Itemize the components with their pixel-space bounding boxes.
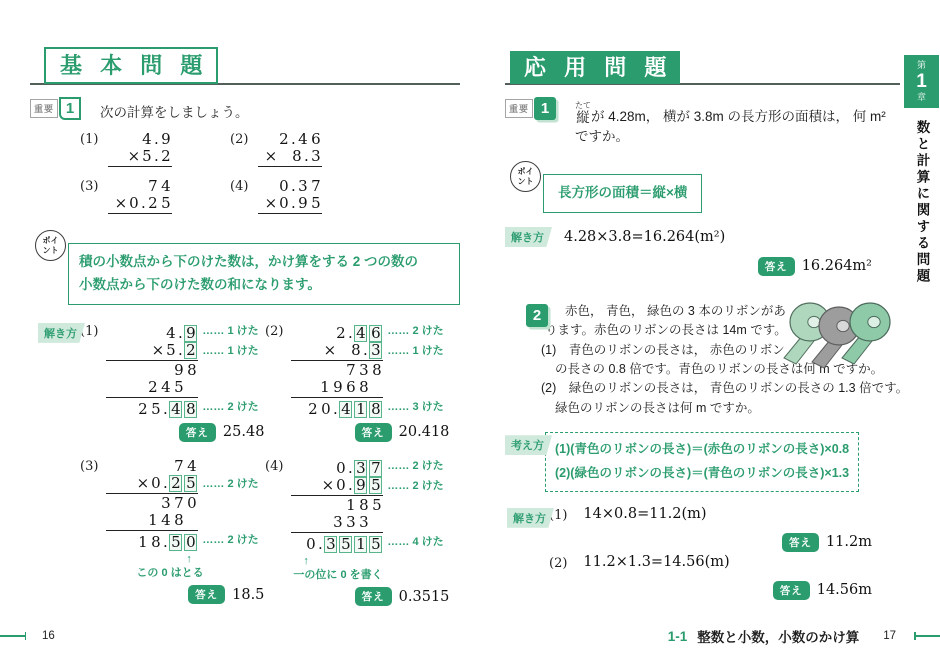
calc-digit: 8 <box>357 379 370 396</box>
importance-badge: 重要 1 <box>505 97 556 120</box>
answer-badge: 答え <box>782 533 819 552</box>
answer-badge: 答え <box>179 423 216 442</box>
calc-digit: 5 <box>169 534 182 551</box>
column-calculation: 2.46…… 2 けた× 8.3…… 1 けた7381968 20.418…… … <box>291 323 449 418</box>
importance-badge: 重要 1 <box>30 97 81 120</box>
section-number: 1-1 <box>668 629 688 644</box>
calc-expression: 333 <box>331 514 383 531</box>
calc-digit: . <box>347 477 353 494</box>
calc-number: 2.46 <box>258 131 322 148</box>
calc-digit: 4 <box>159 512 172 529</box>
calc-digit: 3 <box>324 536 337 553</box>
calc-row: 18.50…… 2 けた <box>106 532 264 551</box>
calc-expression: 4.9 <box>164 325 198 342</box>
thinking-section: 考え方 (1)(青色のリボンの長さ)＝(赤色のリボンの長さ)×0.8(2)(緑色… <box>545 432 900 492</box>
calc-digit <box>370 514 383 531</box>
ribbon-rolls-illustration <box>782 292 904 376</box>
calc-expression: ×0.95 <box>264 195 322 212</box>
calc-digit: 2 <box>277 131 290 148</box>
calc-digit: × <box>151 342 164 359</box>
chapter-tab: 第 1 章 数と計算に関する問題 <box>903 55 940 285</box>
calc-row: 738 <box>291 362 449 379</box>
calc-digit: 3 <box>357 514 370 531</box>
calc-digit: 0 <box>185 495 198 512</box>
calc-row: 148 <box>106 512 264 532</box>
digit-count-note: …… 2 けた <box>387 458 443 477</box>
thinking-line: (2)(緑色のリボンの長さ)＝(青色のリボンの長さ)×1.3 <box>555 462 849 486</box>
calc-digit: 0 <box>319 401 332 418</box>
answer-badge: 答え <box>188 585 225 604</box>
calc-digit: 5 <box>309 195 322 212</box>
calc-number: 74 <box>108 178 172 195</box>
calc-digit: 4 <box>296 131 309 148</box>
calc-digit: . <box>347 460 353 477</box>
calc-digit: . <box>347 325 353 342</box>
calc-digit: 8 <box>149 534 162 551</box>
arrow-annotation: ↑一の位に 0 を書く <box>291 554 449 583</box>
answer-row: 答え25.48 <box>106 423 264 442</box>
calc-digit: 5 <box>369 536 382 553</box>
answer-value: 18.5 <box>232 587 264 603</box>
point-section: ポイント 長方形の面積＝縦×横 <box>543 174 900 213</box>
applied-problems-title: 応 用 問 題 <box>510 51 680 85</box>
calc-digit: . <box>362 342 368 359</box>
calc-expression: 25.48 <box>136 401 198 418</box>
calc-digit: × <box>264 148 277 165</box>
calc-expression: 18.50 <box>136 534 198 551</box>
calc-row: 333 <box>291 514 449 534</box>
solving-badge: 解き方 <box>505 227 552 247</box>
problem-text-line: (2) 緑色のリボンの長さは， 青色のリボンの長さの 1.3 倍です。 <box>541 379 900 398</box>
calc-digit: . <box>162 401 168 418</box>
calc-digit: 1 <box>136 534 149 551</box>
calc-digit <box>336 342 349 359</box>
calc-row: ×0.95 <box>258 195 322 215</box>
worked-solution: (2)2.46…… 2 けた× 8.3…… 1 けた7381968 20.418… <box>265 323 475 442</box>
calc-number: ×0.95 <box>258 195 322 214</box>
point-section: ポイント 積の小数点から下のけた数は，かけ算をする 2 つの数の 小数点から下の… <box>68 243 460 305</box>
calc-digit: × <box>321 477 334 494</box>
calc-digit: 9 <box>296 195 309 212</box>
solution-body: 2.46…… 2 けた× 8.3…… 1 けた7381968 20.418…… … <box>291 323 449 442</box>
calc-digit: 4 <box>140 131 153 148</box>
calc-digit <box>277 148 290 165</box>
importance-label: 重要 <box>505 99 533 118</box>
calc-row: 2.46 <box>258 131 322 148</box>
calc-digit: 3 <box>344 514 357 531</box>
calc-number: ×0.95 <box>291 477 383 496</box>
point-badge: ポイント <box>35 230 66 261</box>
calc-expression: 98 <box>172 362 198 379</box>
calc-row: 98 <box>106 362 264 379</box>
calc-digit: 5 <box>164 342 177 359</box>
calc-expression: 2.46 <box>277 131 322 148</box>
basic-problems-header: 基 本 問 題 <box>30 45 460 85</box>
answer-row: 答え11.2m <box>549 533 872 552</box>
calc-row: 74 <box>108 178 172 195</box>
footer-dash-left <box>0 635 26 637</box>
calc-expression: 370 <box>159 495 198 512</box>
calc-digit: 5 <box>159 195 172 212</box>
calc-digit: 5 <box>184 475 197 492</box>
problem-prompt: たて縦が 4.28m， 横が 3.8m の長方形の面積は， 何 m² ですか。 <box>575 97 900 145</box>
ruby-annotation: たて縦 <box>575 101 591 125</box>
column-calculation: 0.37×0.95 <box>258 178 322 215</box>
thinking-badge: 考え方 <box>505 435 552 455</box>
calc-digit: × <box>323 342 336 359</box>
calc-digit: 0 <box>277 178 290 195</box>
calc-row: 2.46…… 2 けた <box>291 323 449 342</box>
calc-number: 0.3515 <box>291 536 383 553</box>
calc-digit: 7 <box>172 495 185 512</box>
problem-item: (3)74×0.25 <box>80 178 230 215</box>
calc-number: 0.37 <box>258 178 322 195</box>
calc-expression: 148 <box>146 512 198 529</box>
calc-digit: 7 <box>309 178 322 195</box>
calc-digit: 3 <box>354 460 367 477</box>
calc-expression: × 8.3 <box>264 148 322 165</box>
calc-digit: 7 <box>369 460 382 477</box>
thinking-box: (1)(青色のリボンの長さ)＝(赤色のリボンの長さ)×0.8(2)(緑色のリボン… <box>545 432 859 492</box>
calc-row: 0.37 <box>258 178 322 195</box>
calc-row: ×5.2 <box>108 148 172 168</box>
point-badge-label: ポイント <box>517 167 535 186</box>
chapter-title: 数と計算に関する問題 <box>912 120 932 285</box>
calc-row: ×0.25…… 2 けた <box>106 475 264 495</box>
calc-expression: × 8.3 <box>323 342 383 359</box>
calc-digit: 3 <box>296 178 309 195</box>
calc-digit: 2 <box>184 342 197 359</box>
calc-digit: 4 <box>185 458 198 475</box>
point-text-line: 積の小数点から下のけた数は，かけ算をする 2 つの数の <box>79 251 449 274</box>
calc-digit: 3 <box>309 148 322 165</box>
arrow-note-text: この 0 はとる <box>136 566 264 580</box>
chapter-number-box: 第 1 章 <box>904 55 939 108</box>
calc-digit <box>185 512 198 529</box>
calc-digit: 1 <box>318 379 331 396</box>
basic-problems-title: 基 本 問 題 <box>44 47 218 85</box>
calc-digit: 2 <box>159 148 172 165</box>
calc-expression: 185 <box>344 497 383 514</box>
textbook-spread: 基 本 問 題 重要 1 次の計算をしましょう。 (1)4.9×5.2(2)2.… <box>0 0 940 666</box>
left-page: 基 本 問 題 重要 1 次の計算をしましょう。 (1)4.9×5.2(2)2.… <box>30 45 460 606</box>
calc-digit: 8 <box>357 497 370 514</box>
calc-number: 4.9 <box>106 325 198 342</box>
calc-digit: 0 <box>277 195 290 212</box>
solution-line: (2)11.2×1.3=14.56(m) <box>549 554 900 571</box>
calc-digit: 5 <box>369 477 382 494</box>
applied-problems-header: 応 用 問 題 <box>505 45 900 85</box>
calc-digit: 8 <box>184 401 197 418</box>
solution-line: 解き方 4.28×3.8=16.264(m²) <box>505 227 900 247</box>
solutions-section: 解き方 (1)14×0.8=11.2(m)答え11.2m(2)11.2×1.3=… <box>505 506 900 600</box>
problem-1-items: (1)4.9×5.2(2)2.46× 8.3(3)74×0.25(4)0.37×… <box>80 131 460 215</box>
calc-expression: ×5.2 <box>151 342 198 359</box>
calc-digit: 0 <box>149 475 162 492</box>
calc-digit: 8 <box>349 342 362 359</box>
calc-number: 1968 <box>291 379 383 398</box>
calc-expression: ×0.25 <box>114 195 172 212</box>
item-label: (4) <box>230 178 248 215</box>
answer-value: 14.56m <box>817 582 872 598</box>
problem-item: (1)4.9×5.2 <box>80 131 230 168</box>
calc-digit: 0 <box>304 536 317 553</box>
calc-row: 1968 <box>291 379 449 399</box>
calc-digit: 2 <box>334 325 347 342</box>
problem-number: 1 <box>534 97 556 120</box>
solution-label: (2) <box>265 323 283 442</box>
column-calculation: 74×0.25…… 2 けた370148 18.50…… 2 けた <box>106 458 264 551</box>
calc-digit: 0 <box>334 477 347 494</box>
ruby-base: 縦 <box>576 110 590 125</box>
calc-digit: × <box>136 475 149 492</box>
calc-row: 4.9…… 1 けた <box>106 323 264 342</box>
calc-digit: 9 <box>172 362 185 379</box>
calc-digit: 2 <box>136 401 149 418</box>
calc-digit: 5 <box>370 497 383 514</box>
answer-value: 20.418 <box>399 424 450 440</box>
answer-row: 答え0.3515 <box>291 587 449 606</box>
calc-digit: 4 <box>354 325 367 342</box>
calc-digit: 4 <box>164 325 177 342</box>
problem-number: 2 <box>526 304 548 327</box>
digit-count-note: …… 3 けた <box>387 399 443 418</box>
calc-expression: 20.418 <box>306 401 383 418</box>
column-calculation: 2.46× 8.3 <box>258 131 322 168</box>
item-label: (1) <box>80 131 98 168</box>
calc-digit: 9 <box>331 379 344 396</box>
problem-item: (2)2.46× 8.3 <box>230 131 390 168</box>
calc-digit: 4 <box>169 401 182 418</box>
answer-value: 25.48 <box>223 424 265 440</box>
calc-number: 333 <box>291 514 383 533</box>
calc-digit: 8 <box>370 362 383 379</box>
point-text-line: 長方形の面積＝縦×横 <box>558 182 687 205</box>
calc-row: ×5.2…… 1 けた <box>106 342 264 362</box>
solution-expression: 14×0.8=11.2(m) <box>583 506 706 523</box>
calc-digit: 6 <box>369 325 382 342</box>
solving-badge: 解き方 <box>507 508 554 528</box>
calc-digit: 1 <box>354 536 367 553</box>
calc-row: 185 <box>291 497 449 514</box>
calc-digit: 7 <box>146 178 159 195</box>
chapter-prefix: 第 <box>917 61 926 70</box>
up-arrow-icon: ↑ <box>186 552 264 566</box>
section-title: 整数と小数，小数のかけ算 <box>697 626 859 646</box>
problem-number: 1 <box>59 97 81 120</box>
calc-row: × 8.3…… 1 けた <box>291 342 449 362</box>
item-label: (3) <box>80 178 98 215</box>
answer-badge: 答え <box>773 581 810 600</box>
calc-expression: ×0.95 <box>321 477 383 494</box>
solution-body: 74×0.25…… 2 けた370148 18.50…… 2 けた↑この 0 は… <box>106 458 264 607</box>
calc-expression: ×0.25 <box>136 475 198 492</box>
footer-right: 1-1 整数と小数，小数のかけ算 17 <box>668 626 940 646</box>
digit-count-note: …… 2 けた <box>387 323 443 342</box>
calc-digit: 3 <box>357 362 370 379</box>
point-box: 長方形の面積＝縦×横 <box>543 174 702 213</box>
calc-row: 0.3515…… 4 けた <box>291 534 449 553</box>
calc-digit: 2 <box>146 379 159 396</box>
answer-value: 0.3515 <box>399 589 450 605</box>
worked-solutions: 解き方 (1)4.9…… 1 けた×5.2…… 1 けた98245 25.48…… <box>80 323 460 607</box>
footer-dash-right <box>914 635 940 637</box>
calc-number: 185 <box>291 497 383 514</box>
worked-solution: (4)0.37…… 2 けた×0.95…… 2 けた185333 0.3515…… <box>265 458 475 607</box>
chapter-number: 1 <box>916 72 927 91</box>
calc-number: × 8.3 <box>291 342 383 361</box>
point-text-line: 小数点から下のけた数の和になります。 <box>79 274 449 297</box>
calc-row: × 8.3 <box>258 148 322 168</box>
point-badge: ポイント <box>510 161 541 192</box>
calc-digit: 3 <box>159 495 172 512</box>
calc-number: ×0.25 <box>108 195 172 214</box>
calc-digit: 2 <box>169 475 182 492</box>
calc-digit: 0 <box>127 195 140 212</box>
calc-digit: 8 <box>172 512 185 529</box>
answer-value: 11.2m <box>826 534 872 550</box>
calc-digit: . <box>177 325 183 342</box>
arrow-note-text: 一の位に 0 を書く <box>293 568 449 582</box>
thinking-line: (1)(青色のリボンの長さ)＝(赤色のリボンの長さ)×0.8 <box>555 438 849 462</box>
worked-solution: (3)74×0.25…… 2 けた370148 18.50…… 2 けた↑この … <box>80 458 265 607</box>
calc-digit: 4 <box>159 379 172 396</box>
calc-digit: . <box>177 342 183 359</box>
calc-expression: 738 <box>344 362 383 379</box>
calc-digit: 9 <box>159 131 172 148</box>
calc-digit: 9 <box>184 325 197 342</box>
digit-count-note: …… 1 けた <box>387 343 443 362</box>
page-footer: 16 1-1 整数と小数，小数のかけ算 17 <box>0 626 940 646</box>
calc-digit: 2 <box>306 401 319 418</box>
calc-number: 370 <box>106 495 198 512</box>
calc-digit: 5 <box>172 379 185 396</box>
answer-badge: 答え <box>355 587 392 606</box>
calc-digit: 7 <box>344 362 357 379</box>
problem-item: (4)0.37×0.95 <box>230 178 390 215</box>
calc-digit: 0 <box>184 534 197 551</box>
answer-value: 16.264m² <box>802 258 872 274</box>
digit-count-note: …… 1 けた <box>202 343 258 362</box>
problem-prompt: 次の計算をしましょう。 <box>100 97 249 121</box>
calc-expression: 0.37 <box>334 460 383 477</box>
calc-digit: 5 <box>339 536 352 553</box>
calc-number: 0.37 <box>291 460 383 477</box>
solution-label: (1) <box>80 323 98 442</box>
calc-row: ×0.25 <box>108 195 172 215</box>
importance-label: 重要 <box>30 99 58 118</box>
calc-digit: 1 <box>354 401 367 418</box>
digit-count-note: …… 4 けた <box>387 534 443 553</box>
calc-number: ×5.2 <box>108 148 172 167</box>
calc-digit: 6 <box>309 131 322 148</box>
point-badge-label: ポイント <box>42 236 60 255</box>
calc-number: 18.50 <box>106 534 198 551</box>
calc-digit: . <box>162 534 168 551</box>
calc-digit: × <box>264 195 277 212</box>
problem-text-line: 緑色のリボンの長さは何 m ですか。 <box>555 399 900 418</box>
calc-expression: 74 <box>146 178 172 195</box>
calc-number: 25.48 <box>106 401 198 418</box>
calc-expression: 0.37 <box>277 178 322 195</box>
calc-number: 4.9 <box>108 131 172 148</box>
solution-body: 4.9…… 1 けた×5.2…… 1 けた98245 25.48…… 2 けた答… <box>106 323 264 442</box>
furigana: たて <box>575 101 591 110</box>
digit-count-note: …… 2 けた <box>387 478 443 497</box>
problem-1-head: 重要 1 たて縦が 4.28m， 横が 3.8m の長方形の面積は， 何 m² … <box>505 97 900 146</box>
right-page: 応 用 問 題 重要 1 たて縦が 4.28m， 横が 3.8m の長方形の面積… <box>505 45 900 600</box>
calc-expression: 74 <box>172 458 198 475</box>
problem-1-head: 重要 1 次の計算をしましょう。 <box>30 97 460 123</box>
answer-badge: 答え <box>758 257 795 276</box>
calc-row: ×0.95…… 2 けた <box>291 477 449 497</box>
calc-expression: 1968 <box>318 379 383 396</box>
calc-digit: 6 <box>344 379 357 396</box>
calc-digit: 0 <box>334 460 347 477</box>
calc-number: 2.46 <box>291 325 383 342</box>
answer-row: 答え 16.264m² <box>505 257 872 276</box>
solution-expression: 4.28×3.8=16.264(m²) <box>564 229 725 245</box>
worked-solution: (1)4.9…… 1 けた×5.2…… 1 けた98245 25.48…… 2 … <box>80 323 265 442</box>
calc-digit: 9 <box>354 477 367 494</box>
calc-digit: 5 <box>149 401 162 418</box>
left-page-number: 16 <box>42 630 55 642</box>
column-calculation: 0.37…… 2 けた×0.95…… 2 けた185333 0.3515…… 4… <box>291 458 449 553</box>
calc-expression: 4.9 <box>140 131 172 148</box>
calc-digit: . <box>162 475 168 492</box>
calc-expression: ×5.2 <box>127 148 172 165</box>
column-calculation: 74×0.25 <box>108 178 172 215</box>
calc-expression: 2.46 <box>334 325 383 342</box>
chapter-suffix: 章 <box>917 93 926 102</box>
calc-expression: 245 <box>146 379 198 396</box>
up-arrow-icon: ↑ <box>303 554 449 568</box>
calc-digit: . <box>317 536 323 553</box>
calc-digit: 3 <box>369 342 382 359</box>
calc-digit: 1 <box>146 512 159 529</box>
digit-count-note: …… 2 けた <box>202 532 258 551</box>
calc-digit: 7 <box>172 458 185 475</box>
calc-row: 245 <box>106 379 264 399</box>
solution-label: (2) <box>549 554 567 571</box>
column-calculation: 4.9…… 1 けた×5.2…… 1 けた98245 25.48…… 2 けた <box>106 323 264 418</box>
calc-digit: 5 <box>140 148 153 165</box>
calc-number: 148 <box>106 512 198 531</box>
calc-row: 370 <box>106 495 264 512</box>
point-box: 積の小数点から下のけた数は，かけ算をする 2 つの数の 小数点から下のけた数の和… <box>68 243 460 305</box>
calc-digit: 3 <box>331 514 344 531</box>
answer-badge: 答え <box>355 423 392 442</box>
calc-digit: 8 <box>290 148 303 165</box>
solution-label: (3) <box>80 458 98 607</box>
answer-row: 答え20.418 <box>291 423 449 442</box>
solution-label: (4) <box>265 458 283 607</box>
calc-digit: 4 <box>159 178 172 195</box>
calc-row: 4.9 <box>108 131 172 148</box>
calc-digit: 1 <box>344 497 357 514</box>
calc-number: × 8.3 <box>258 148 322 167</box>
right-page-number: 17 <box>883 630 896 642</box>
solution-body: 0.37…… 2 けた×0.95…… 2 けた185333 0.3515…… 4… <box>291 458 449 607</box>
solution-line: (1)14×0.8=11.2(m) <box>549 506 900 523</box>
solution-expression: 11.2×1.3=14.56(m) <box>583 554 729 571</box>
calc-digit <box>370 379 383 396</box>
calc-digit: × <box>114 195 127 212</box>
solving-badge: 解き方 <box>38 323 85 343</box>
problem-2: 2 赤色， 青色， 緑色の 3 本のリボンがあります。赤色のリボンの長さは 14… <box>505 302 900 418</box>
calc-digit: 2 <box>146 195 159 212</box>
answer-row: 答え18.5 <box>106 585 264 604</box>
